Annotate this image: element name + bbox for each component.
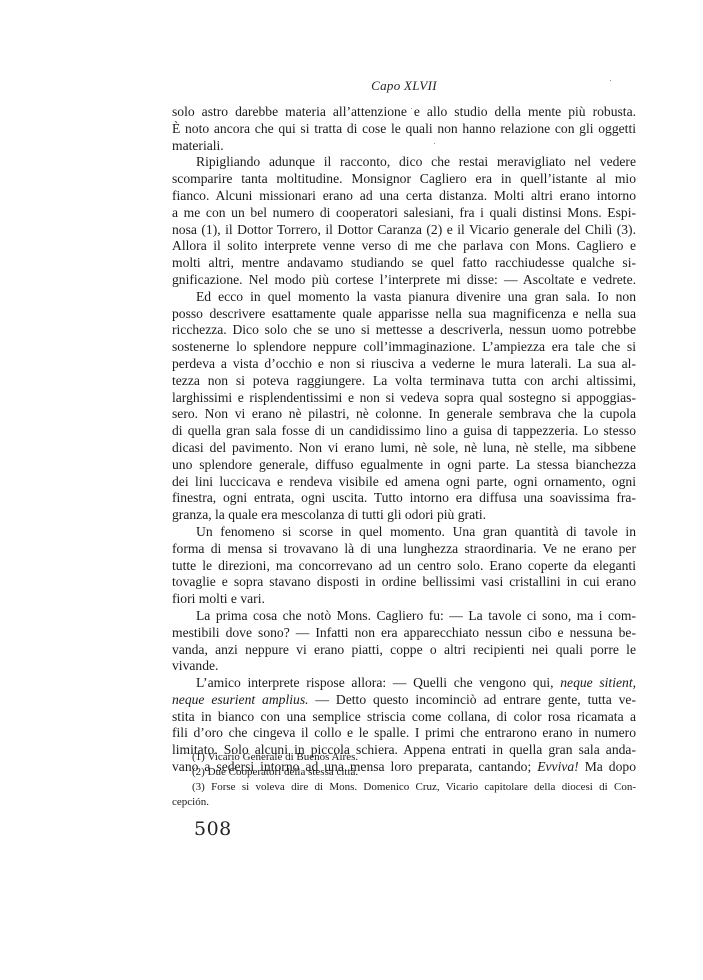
body-line: di quella gran sala fosse di un candidis… [172,423,636,440]
footnotes: (1) Vicario Generale di Buenos Aires. (2… [172,750,636,810]
body-line: fiori molti e vari. [172,591,636,608]
body-line: vivande. [172,658,636,675]
running-head: Capo XLVII [172,78,636,94]
scan-speck [186,752,187,753]
paragraph-start-line: Ripigliando adunque il racconto, dico ch… [172,154,636,171]
body-text: solo astro darebbe materia all’attenzion… [172,104,636,776]
body-line: dicasi del pavimento. Non vi erano lumi,… [172,440,636,457]
footnote-marker: (1) [192,751,205,763]
paragraph-start-line: Un fenomeno si scorse in quel momento. U… [172,524,636,541]
body-line: fianco. Alcuni missionari erano ad una c… [172,188,636,205]
body-line: forma di mensa si trovavano là di una lu… [172,541,636,558]
body-line: materiali. [172,138,636,155]
scan-speck [610,80,611,81]
line-text: L’amico interprete rispose allora: — Que… [196,675,560,690]
body-line: perdeva a vista d’occhio e non si riusci… [172,356,636,373]
footnote-2: (2) Due Cooperatori della stessa città. [172,765,636,780]
body-line: vanda, anzi neppure vi erano piatti, cop… [172,642,636,659]
page-number: 508 [194,818,232,840]
body-line: sero. Non vi erano nè pilastri, nè colon… [172,406,636,423]
body-line: molti altri, mentre andavamo studiando s… [172,255,636,272]
body-line: larghissimi e risplendentissimi e non si… [172,390,636,407]
body-line: neque esurient amplius. — Detto questo i… [172,692,636,709]
body-line: scomparire tanta moltitudine. Monsignor … [172,171,636,188]
body-line: gnificazione. Nel modo più cortese l’int… [172,272,636,289]
footnote-3-continuation: cepción. [172,795,636,810]
body-line: uno splendore generale, diffuso egualmen… [172,457,636,474]
footnote-text: Vicario Generale di Buenos Aires. [208,751,359,763]
footnote-marker: (2) [192,766,205,778]
body-line: Allora il solito interprete venne verso … [172,238,636,255]
footnote-text: Forse si voleva dire di Mons. Domenico C… [211,781,636,793]
footnote-marker: (3) [192,781,205,793]
body-line: È noto ancora che qui si tratta di cose … [172,121,636,138]
paragraph-start-line: L’amico interprete rispose allora: — Que… [172,675,636,692]
body-line: dei lini luccicava e rendeva visibile ed… [172,474,636,491]
body-line: finestra, ogni entrata, ogni uscita. Tut… [172,490,636,507]
book-page: Capo XLVII solo astro darebbe materia al… [0,0,703,980]
body-line: nosa (1), il Dottor Torrero, il Dottor C… [172,222,636,239]
scan-speck [540,627,541,628]
body-line: tovaglie e sopra stavano disposti in ord… [172,574,636,591]
footnote-text: Due Cooperatori della stessa città. [208,766,359,778]
paragraph-start-line: La prima cosa che notò Mons. Cagliero fu… [172,608,636,625]
paragraph-start-line: Ed ecco in quel momento la vasta pianura… [172,289,636,306]
body-line: stita in bianco con una semplice strisci… [172,709,636,726]
latin-quote: neque esurient amplius. [172,692,309,707]
latin-quote: neque sitient, [560,675,636,690]
line-text: — Detto questo incominciò ad entrare gen… [309,692,636,707]
footnote-1: (1) Vicario Generale di Buenos Aires. [172,750,636,765]
body-line: tezza non si poteva raggiungere. La volt… [172,373,636,390]
body-line: posso descrivere esattamente quale appar… [172,306,636,323]
body-line: fili d’oro che cingeva il collo e le spa… [172,725,636,742]
body-line: ricchezza. Dico solo che se uno si mette… [172,322,636,339]
scan-speck [434,143,435,144]
body-line: sostenerne lo splendore neppure coll’imm… [172,339,636,356]
body-line: mestibili dove sono? — Infatti non era a… [172,625,636,642]
body-line: solo astro darebbe materia all’attenzion… [172,104,636,121]
scan-speck [411,108,412,109]
body-line: granza, la quale era mescolanza di tutti… [172,507,636,524]
body-line: tutte le direzioni, ma concorrevano ad u… [172,558,636,575]
footnote-3: (3) Forse si voleva dire di Mons. Domeni… [172,780,636,795]
body-line: a me con un bel numero di cooperatori sa… [172,205,636,222]
